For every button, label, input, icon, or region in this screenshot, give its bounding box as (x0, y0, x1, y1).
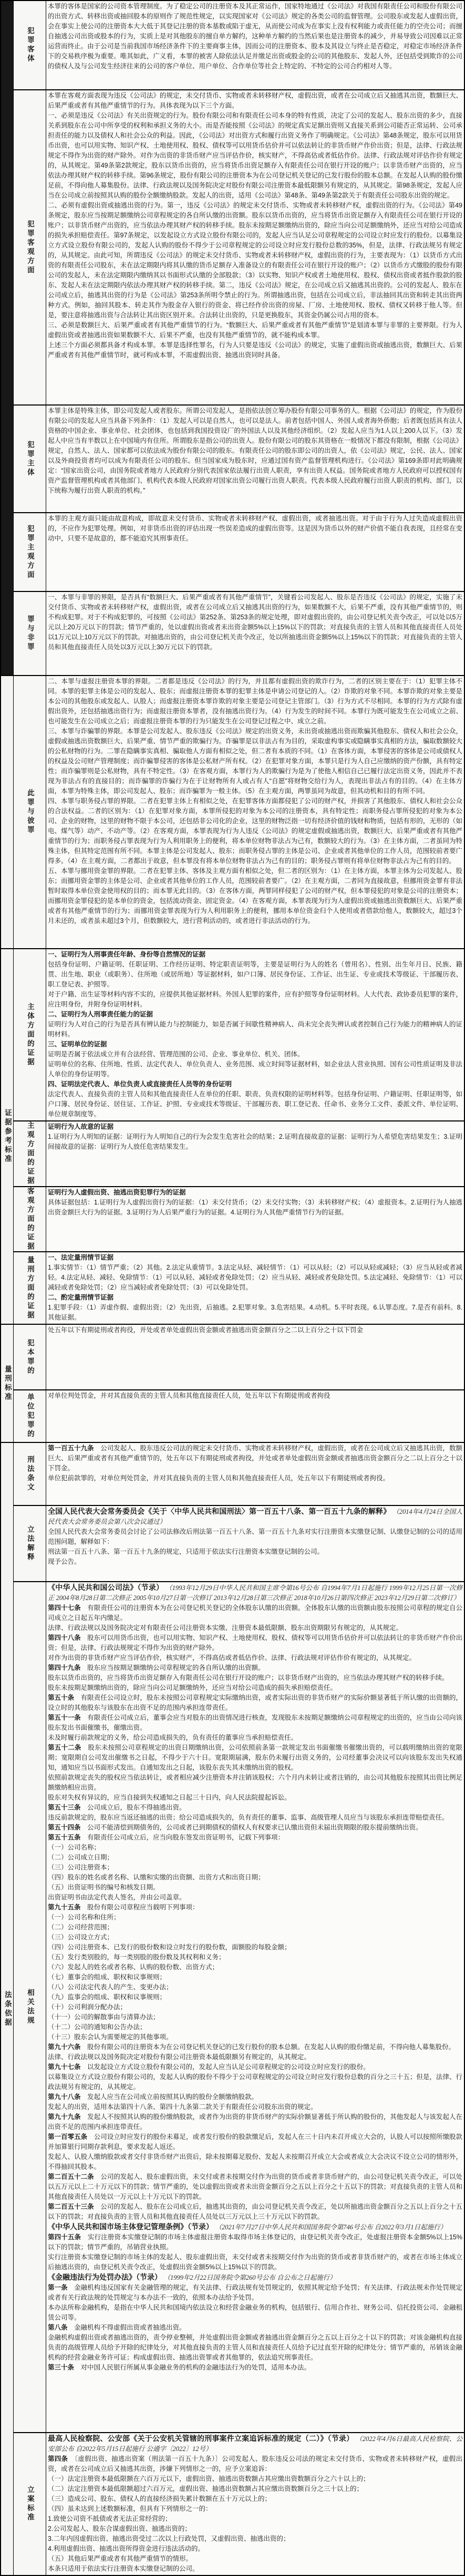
paragraph: 1.犯罪手段：（1）弄虚作假、虚假出资；（2）先出资，后抽逃。2.犯罪对象。3.… (48, 1303, 462, 1323)
section-heading: 一、证明行为人刑事责任年龄、身份等自然情况的证据 (48, 950, 462, 960)
row-label: 刑法条文 (14, 1443, 46, 1506)
group-label: 法条依据 (1, 1443, 14, 2575)
row-content: 对单位判处罚金，并对其直接负责的主管人员和其他直接责任人员，处五年以下有期徒刑或… (46, 1390, 464, 1443)
row-label: 犯罪主体 (14, 406, 46, 513)
paragraph: （十二）公司的通知和公告办法； (48, 2022, 462, 2032)
paragraph: 未及时履行前款规定的义务，给公司造成损失的，负有责任的董事应当承担赔偿责任。 (48, 1733, 462, 1743)
row-label: 相关法规 (14, 1582, 46, 2433)
paragraph: 1.证明行为人明知的证据：证明行为人明知自己的行为会发生危害社会的结果；2.证明… (48, 1132, 462, 1152)
row-label: 立案标准 (14, 2433, 46, 2575)
row-label-text: 犯本罪的 (26, 1339, 34, 1376)
paragraph: （一）公司名称； (48, 1843, 462, 1853)
row-label-text: 此罪与彼罪 (26, 789, 34, 835)
row-label: 犯罪主观方面 (14, 513, 46, 592)
row-label-text: 罪与非罪 (26, 615, 34, 652)
row-label: 单位犯罪的 (14, 1390, 46, 1443)
paragraph: 二、必须有虚假出资或抽逃出资的行为。第一，违反《公司法》的规定未交付货币、实物或… (48, 201, 462, 320)
row-label: 犯罪客观方面 (14, 90, 46, 406)
paragraph: 依照前款规定丧失的股权应当依法转让，或者相应减少注册资本并注销该股权；六个月内未… (48, 1773, 462, 1793)
group-label-text: 法条依据 (3, 1991, 11, 2028)
section-heading: 证明行为人故意的证据 (48, 1122, 462, 1132)
paragraph: 本罪的客体是国家的公司资本管理制度。为了稳定公司的注册资本及其正常运作，国家特地… (48, 2, 462, 71)
row-content: 处五年以下有期徒刑或者拘役，并处或者单处虚假出资金额或者抽逃出资金额百分之二以上… (46, 1325, 464, 1390)
article-paragraph: 第四十八条 股东可以用货币出资，也可以用实物、知识产权、土地使用权、股权、债权等… (48, 1633, 462, 1653)
article-paragraph: 第四十九条 股东应当按期足额缴纳公司章程规定的各自所认缴的出资额。 (48, 1663, 462, 1673)
paragraph: 股东对失权有异议的，应当自接到失权通知之日起三十日内，向人民法院提起诉讼。 (48, 1793, 462, 1803)
article-paragraph: 第五十条 有限责任公司设立时，股东未按照公司章程规定实际缴纳出资，或者实际出资的… (48, 1693, 462, 1713)
paragraph: （三）公司设立方式； (48, 1933, 462, 1943)
law-date: （2021年7月27日中华人民共和国国务院令第746号公布 自2022年3月1日… (215, 2224, 447, 2231)
paragraph: 对作为出资的非货币财产应当评估作价，核实财产，不得高估或者低估作价。法律、行政法… (48, 1653, 462, 1663)
paragraph: （二）公司经营范围； (48, 1923, 462, 1933)
document-root: 犯罪客体本罪的客体是国家的公司资本管理制度。为了稳定公司的注册资本及其正常运作，… (0, 0, 465, 2576)
paragraph: 证明行为人对自己的行为是否具有辨认能力与控制能力，如是否属于间歇性精神病人、尚未… (48, 1020, 462, 1040)
paragraph: （四）股东的姓名或者名称、认缴和实缴的出资额、出资方式和出资日期； (48, 1873, 462, 1883)
section-heading: 四、证明法定代表人、单位负责人或直接责任人员等的身份证明 (48, 1079, 462, 1089)
article-paragraph: 第五十五条 有限责任公司成立后，应当向股东签发出资证明书，记载下列事项： (48, 1833, 462, 1843)
paragraph: 证明是否属于依法成立并有合法经营、管理范围的公司、企业、事业单位、机关、团体。 (48, 1050, 462, 1060)
law-title: 《中华人民共和国市场主体登记管理条例》（节录） （2021年7月27日中华人民共… (48, 2222, 462, 2232)
paragraph: 发起人的出资，适用本法第四十八条、第四十九条第二款关于有限责任公司股东出资的规定… (48, 2102, 462, 2112)
article-paragraph: 第一条 金融机构违反国家有关金融管理的规定，有关法律、行政法规有处罚规定的，依照… (48, 2283, 462, 2303)
paragraph: （十三）股东会认为需要规定的其他事项。 (48, 2032, 462, 2042)
group-label-text: 量刑标准 (3, 1365, 11, 1402)
paragraph: 1.事实情节：（1）情节严重；（2）其他。2.法定从重情节。3.法定从轻、减轻情… (48, 1263, 462, 1293)
law-title: 《金融违法行为处罚办法》（节录） （1999年2月22日国务院令第260号公布 … (48, 2272, 462, 2283)
section-heading: 一、法定量刑情节证据 (48, 1253, 462, 1263)
section-heading: 二、证明行为人刑事责任能力的证据 (48, 1010, 462, 1020)
row-label: 客观方面的证据 (14, 1187, 46, 1253)
row-content: 全国人民代表大会常务委员会《关于〈中华人民共和国刑法〉第一百五十八条、第一百五十… (46, 1506, 464, 1582)
paragraph: 4.利用虚假出资、抽逃出资所得资金进行违法活动的。 (48, 2544, 462, 2554)
article-paragraph: 第二百五十二条 公司的发起人、股东虚假出资，未交付或者未按期交付作为出资的货币或… (48, 2172, 462, 2202)
row-label: 此罪与彼罪 (14, 676, 46, 949)
paragraph: （二）法定注册资本最低限额超过六百万元，虚假出资、抽逃出资数额占其应缴出资数额百… (48, 2484, 462, 2494)
paragraph: （五）发行类别股的，每一类别股的股份数及其权利和义务； (48, 1952, 462, 1962)
paragraph: 本办法所称金融机构，是指在中华人民共和国境内依法设立和经营金融业务的机构，包括银… (48, 2303, 462, 2323)
article-paragraph: 第一百零五条 公司设立时应发行的股份未募足，或者发行股份的股款缴足后，发起人在三… (48, 2132, 462, 2152)
paragraph: 包括身份证明、户籍证明、任职证明、工作经历证明、特定职责证明等，主要是证明行为人… (48, 960, 462, 990)
row-content: 本罪的客体是国家的公司资本管理制度。为了稳定公司的注册资本及其正常运作，国家特地… (46, 1, 464, 90)
paragraph: （十）公司利润分配办法； (48, 2002, 462, 2012)
article-paragraph: 第九十六条 股份有限公司的注册资本为在公司登记机关登记的已发行股份的股本总额。在… (48, 2042, 462, 2052)
paragraph: （四）虽未达到上述数额标准，但具有下列情形之一的： (48, 2504, 462, 2514)
row-label-text: 立法解释 (26, 1525, 34, 1562)
paragraph: （一）法定注册资本最低限额在六百万元以下，虚假出资、抽逃出资数额占其应缴出资数额… (48, 2474, 462, 2484)
section-heading: 二、酌定量刑情节证据 (48, 1293, 462, 1303)
group-label (1, 676, 14, 949)
row-label-text: 主体方面的证据 (26, 1003, 34, 1067)
row-content: 一、证明行为人刑事责任年龄、身份等自然情况的证据包括身份证明、户籍证明、任职证明… (46, 949, 464, 1121)
article-paragraph: 第五十三条 公司成立后，股东不得抽逃出资。 (48, 1803, 462, 1813)
article-paragraph: 第三十条 对中国人民银行所属从事金融业务的机构的金融违法行为的处罚，适用本办法。 (48, 2363, 462, 2373)
paragraph: 一、本罪与非罪的界限，是否具有“数额巨大、后果严重或者有其他严重情节”，关键看公… (48, 593, 462, 652)
row-label-text: 犯罪主体 (26, 441, 34, 477)
paragraph: （十一）公司的解散事由与清算办法； (48, 2012, 462, 2022)
crime-table: 犯罪客体本罪的客体是国家的公司资本管理制度。为了稳定公司的注册资本及其正常运作，… (0, 0, 465, 2576)
paragraph: （五）出资证明书的编号和核发日期。 (48, 1883, 462, 1893)
article-paragraph: 第五十二条 股东未按照公司章程规定的出资日期缴纳出资，公司依照前条第一款规定发出… (48, 1743, 462, 1773)
article-paragraph: 第四十七条 有限责任公司的注册资本为在公司登记机关登记的全体股东认缴的出资额。全… (48, 1603, 462, 1623)
article-paragraph: 第四条 〔虚假出资、抽逃出资案（刑法第一百五十九条）〕公司发起人、股东违反公司法… (48, 2454, 462, 2474)
paragraph: 三、必须是数额巨大、后果严重或者有其他严重情节的行为。“数额巨大、后果严重或者有… (48, 320, 462, 340)
paragraph: 法律、行政法规以及国务院决定对有限责任公司注册资本实缴、注册资本最低限额、股东出… (48, 1623, 462, 1633)
paragraph: 三、本罪与诈骗罪的界限。本罪是公司发起人、股东违反《公司法》规定的出资义务，未出… (48, 726, 462, 796)
row-content: 本罪主体是特殊主体，即公司发起人或者股东。所谓公司发起人，是指依法创立筹办股份有… (46, 406, 464, 513)
paragraph: 出资证明书由法定代表人签名，并由公司盖章。 (48, 1893, 462, 1903)
paragraph: 1.致使公司资不抵债或者无法正常经营的； (48, 2514, 462, 2524)
paragraph: 单位犯前款罪的，对单位判处罚金，并对其直接负责的主管人员和其他直接责任人员，处五… (48, 1473, 462, 1483)
paragraph: 股东以货币出资的，应当将货币出资足额存入有限责任公司在银行开设的账户；以非货币财… (48, 1673, 462, 1683)
row-label-text: 犯罪主观方面 (26, 525, 34, 580)
row-content: 一、法定量刑情节证据1.事实情节：（1）情节严重；（2）其他。2.法定从重情节。… (46, 1252, 464, 1325)
paragraph: 刑法第一百五十八条、第一百五十九条的规定，只适用于依法实行注册资本实缴登记制的公… (48, 1547, 462, 1557)
law-title: 《中华人民共和国公司法》（节录） （1993年12月29日中华人民共和国主席令第… (48, 1583, 462, 1603)
row-label: 主观方面的证据 (14, 1121, 46, 1187)
group-label: 证据参考标准 (1, 949, 14, 1325)
row-content: 本罪的主观方面只能由故意构成，即故意未交付货币、实物或者未转移财产权、虚假出资，… (46, 513, 464, 592)
article-paragraph: 第九十七条 以发起设立方式设立股份有限公司的，发起人应当认足公司章程规定的公司设… (48, 2062, 462, 2072)
row-label-text: 立案标准 (26, 2486, 34, 2522)
paragraph: 四、本罪与职务侵占罪的界限。二者在犯罪主体上有相似之处，在犯罪客体方面都侵犯了公… (48, 796, 462, 866)
article-paragraph: 第五十一条 有限责任公司成立后，董事会应当对股东的出资情况进行核查，发现股东未按… (48, 1713, 462, 1733)
paragraph: 上述三个方面必须都具备才构成本罪。本罪是选择性罪名，行为人只要是违反《公司法》的… (48, 340, 462, 360)
row-label: 犯本罪的 (14, 1325, 46, 1390)
paragraph: （三）公司注册资本； (48, 1863, 462, 1873)
paragraph: （六）发起人的姓名或者名称、认购的股份数、出资方式； (48, 1962, 462, 1972)
row-label-text: 单位犯罪的 (26, 1393, 34, 1439)
paragraph: （五）其他后果严重或者有其他严重情节的情形。 (48, 2554, 462, 2564)
row-content: 证明行为人故意的证据1.证明行为人明知的证据：证明行为人明知自己的行为会发生危害… (46, 1121, 464, 1187)
paragraph: 处五年以下有期徒刑或者拘役，并处或者单处虚假出资金额或者抽逃出资金额百分之二以上… (48, 1325, 462, 1335)
paragraph: 法律、行政法规以及国务院决定对股份有限公司注册资本最低限额另有规定的，从其规定。 (48, 2052, 462, 2062)
section-heading: 证明行为人虚假出资、抽逃出资犯罪行为的证据 (48, 1188, 462, 1198)
article-paragraph: 第一百五十九条 公司发起人、股东违反公司法的规定未交付货币、实物或者未转移财产权… (48, 1443, 462, 1473)
group-label-text: 证据参考标准 (3, 1109, 11, 1164)
paragraph: 一、必须是违反《公司法》有关出资规定的行为。股份有限公司和有限责任公司本身的特有… (48, 111, 462, 201)
row-label-text: 主观方面的证据 (26, 1121, 34, 1186)
row-label: 罪与非罪 (14, 592, 46, 676)
row-content: 本罪在客观方面表现为违反《公司法》的规定，未交付货币、实物或者未转移财产权，虚假… (46, 90, 464, 406)
paragraph: 违反前款规定的，股东应当返还抽逃的出资；给公司造成损失的，负有责任的董事、监事、… (48, 1813, 462, 1823)
paragraph: （二）公司成立日期； (48, 1853, 462, 1863)
row-label: 主体方面的证据 (14, 949, 46, 1121)
paragraph: 全国人民代表大会常务委员会讨论了公司法修改后刑法第一百五十八条、第一百五十九条对… (48, 1527, 462, 1547)
section-heading: 三、证明单位的证据 (48, 1040, 462, 1050)
paragraph: 发起人、认股人缴纳股款或者交付非货币财产出资后，除未按期募足股份、发起人未按期召… (48, 2152, 462, 2172)
row-label: 犯罪客体 (14, 1, 46, 90)
row-label-text: 量刑方面的证据 (26, 1256, 34, 1321)
paragraph: 五、本罪与挪用资金罪的界限。二者在犯罪主体、客体及主观方面有相似之处，但二者的区… (48, 866, 462, 926)
group-label: 量刑标准 (1, 1325, 14, 1443)
paragraph: 金融机构虚假出资或者抽逃出资的，责令停业整顿，并处虚假出资金额或者抽逃出资金额百… (48, 2333, 462, 2363)
law-title: 最高人民检察院、公安部《关于公安机关管辖的刑事案件立案追诉标准的规定（二）》（节… (48, 2434, 462, 2454)
paragraph: 二、本罪与虚报注册资本罪的界限。二者都是违反《公司法》的行为，并且都有虚假出资的… (48, 677, 462, 726)
paragraph: 具体证据包括：1.证明行为人虚假出资行为的证据：（1）未交付货币；（2）未交付实… (48, 1198, 462, 1218)
row-content: 证明行为人虚假出资、抽逃出资犯罪行为的证据具体证据包括：1.证明行为人虚假出资行… (46, 1187, 464, 1253)
paragraph: （九）监事会的组成、职权和议事规则； (48, 1992, 462, 2002)
row-label-text: 刑法条文 (26, 1456, 34, 1492)
row-label: 量刑方面的证据 (14, 1252, 46, 1325)
article-paragraph: 第二百五十三条 公司的发起人、股东在公司成立后，抽逃其出资的，由公司登记机关责令… (48, 2202, 462, 2222)
paragraph: 本罪主体是特殊主体，即公司发起人或者股东。所谓公司发起人，是指依法创立筹办股份有… (48, 406, 462, 496)
paragraph: 对单位判处罚金，并对其直接负责的主管人员和其他直接责任人员，处五年以下有期徒刑或… (48, 1391, 462, 1401)
paragraph: 3.二年内因虚假出资、抽逃出资受过二次以上行政处罚，又虚假出资、抽逃出资的； (48, 2534, 462, 2544)
paragraph: 本罪的主观方面只能由故意构成，即故意未交付货币、实物或者未转移财产权、虚假出资，… (48, 514, 462, 544)
paragraph: （四）公司注册资本、已发行的股份数和设立时发行的股份数，面额股的每股金额； (48, 1943, 462, 1952)
row-content: 最高人民检察院、公安部《关于公安机关管辖的刑事案件立案追诉标准的规定（二）》（节… (46, 2433, 464, 2575)
paragraph: 证明单位的名称、住所地、性质、法定代表人、单位负责人、业务范围、成立时间等证据材… (48, 1060, 462, 1079)
group-label (1, 1, 14, 676)
paragraph: 本条只适用于依法实行注册资本实缴登记制的公司。 (48, 2564, 462, 2574)
row-label-text: 客观方面的证据 (26, 1187, 34, 1252)
law-title: 全国人民代表大会常务委员会《关于〈中华人民共和国刑法〉第一百五十八条、第一百五十… (48, 1507, 462, 1527)
row-label: 立法解释 (14, 1506, 46, 1582)
paragraph: （八）公司法定代表人的产生、变更办法； (48, 1982, 462, 1992)
row-content: 第一百五十九条 公司发起人、股东违反公司法的规定未交付货币、实物或者未转移财产权… (46, 1443, 464, 1506)
paragraph: 现予公告。 (48, 1557, 462, 1567)
paragraph: （三）造成公司、股东、债权人的直接经济损失累计数额在五十万元以上的； (48, 2494, 462, 2504)
paragraph: 对于户籍、出生证等材料内容不实的，应提供其他证据材料。外国人犯罪的案件，应有护照… (48, 990, 462, 1010)
law-date: （1999年2月22日国务院令第260号公布 自公布之日起施行） (163, 2274, 336, 2281)
article-paragraph: 第九十九条 发起人不按照其认购的股份缴纳股款，或者作为出资的非货币财产的实际价额… (48, 2112, 462, 2132)
paragraph: 实行注册资本实缴登记制的市场主体的发起人、股东虚假出资，未交付或者未按期交付作为… (48, 2252, 462, 2272)
paragraph: 法定代表人、直接负责的主管人员和其他直接责任人在单位的任职、职责、负责权限的证明… (48, 1089, 462, 1119)
paragraph: 以募集设立方式设立股份有限公司的，发起人认购的股份不得少于公司章程规定的公司设立… (48, 2072, 462, 2092)
row-label-text: 犯罪客观方面 (26, 220, 34, 275)
row-content: 一、本罪与非罪的界限，是否具有“数额巨大、后果严重或者有其他严重情节”，关键看公… (46, 592, 464, 676)
article-paragraph: 第五十四条 公司不能清偿到期债务的，公司或者已到期债权的债权人有权要求已认缴出资… (48, 1823, 462, 1833)
article-paragraph: 第四十五条 实行注册资本实缴登记制的市场主体虚报注册资本取得市场主体登记的，由登… (48, 2232, 462, 2252)
paragraph: （七）董事会的组成、职权和议事规则； (48, 1972, 462, 1982)
paragraph: 2.公司发起人、股东合谋虚假出资、抽逃出资的； (48, 2524, 462, 2534)
row-content: 《中华人民共和国公司法》（节录） （1993年12月29日中华人民共和国主席令第… (46, 1582, 464, 2433)
article-paragraph: 第九十八条 发起人应当在公司成立前按照其认购的股份全额缴纳股款。 (48, 2092, 462, 2102)
row-label-text: 犯罪客体 (26, 27, 34, 64)
row-content: 二、本罪与虚报注册资本罪的界限。二者都是违反《公司法》的行为，并且都有虚假出资的… (46, 676, 464, 949)
paragraph: 股东未按期足额缴纳出资的，除应当向公司足额缴纳外，还应当对给公司造成的损失承担赔… (48, 1683, 462, 1693)
paragraph: （一）公司名称和住所； (48, 1913, 462, 1923)
row-label-text: 相关法规 (26, 1989, 34, 2026)
article-paragraph: 第八条 金融机构不得虚假出资或者抽逃出资。 (48, 2323, 462, 2333)
article-paragraph: 第九十五条 股份有限公司章程应当载明下列事项： (48, 1903, 462, 1913)
paragraph: 本罪在客观方面表现为违反《公司法》的规定，未交付货币、实物或者未转移财产权，虚假… (48, 91, 462, 111)
